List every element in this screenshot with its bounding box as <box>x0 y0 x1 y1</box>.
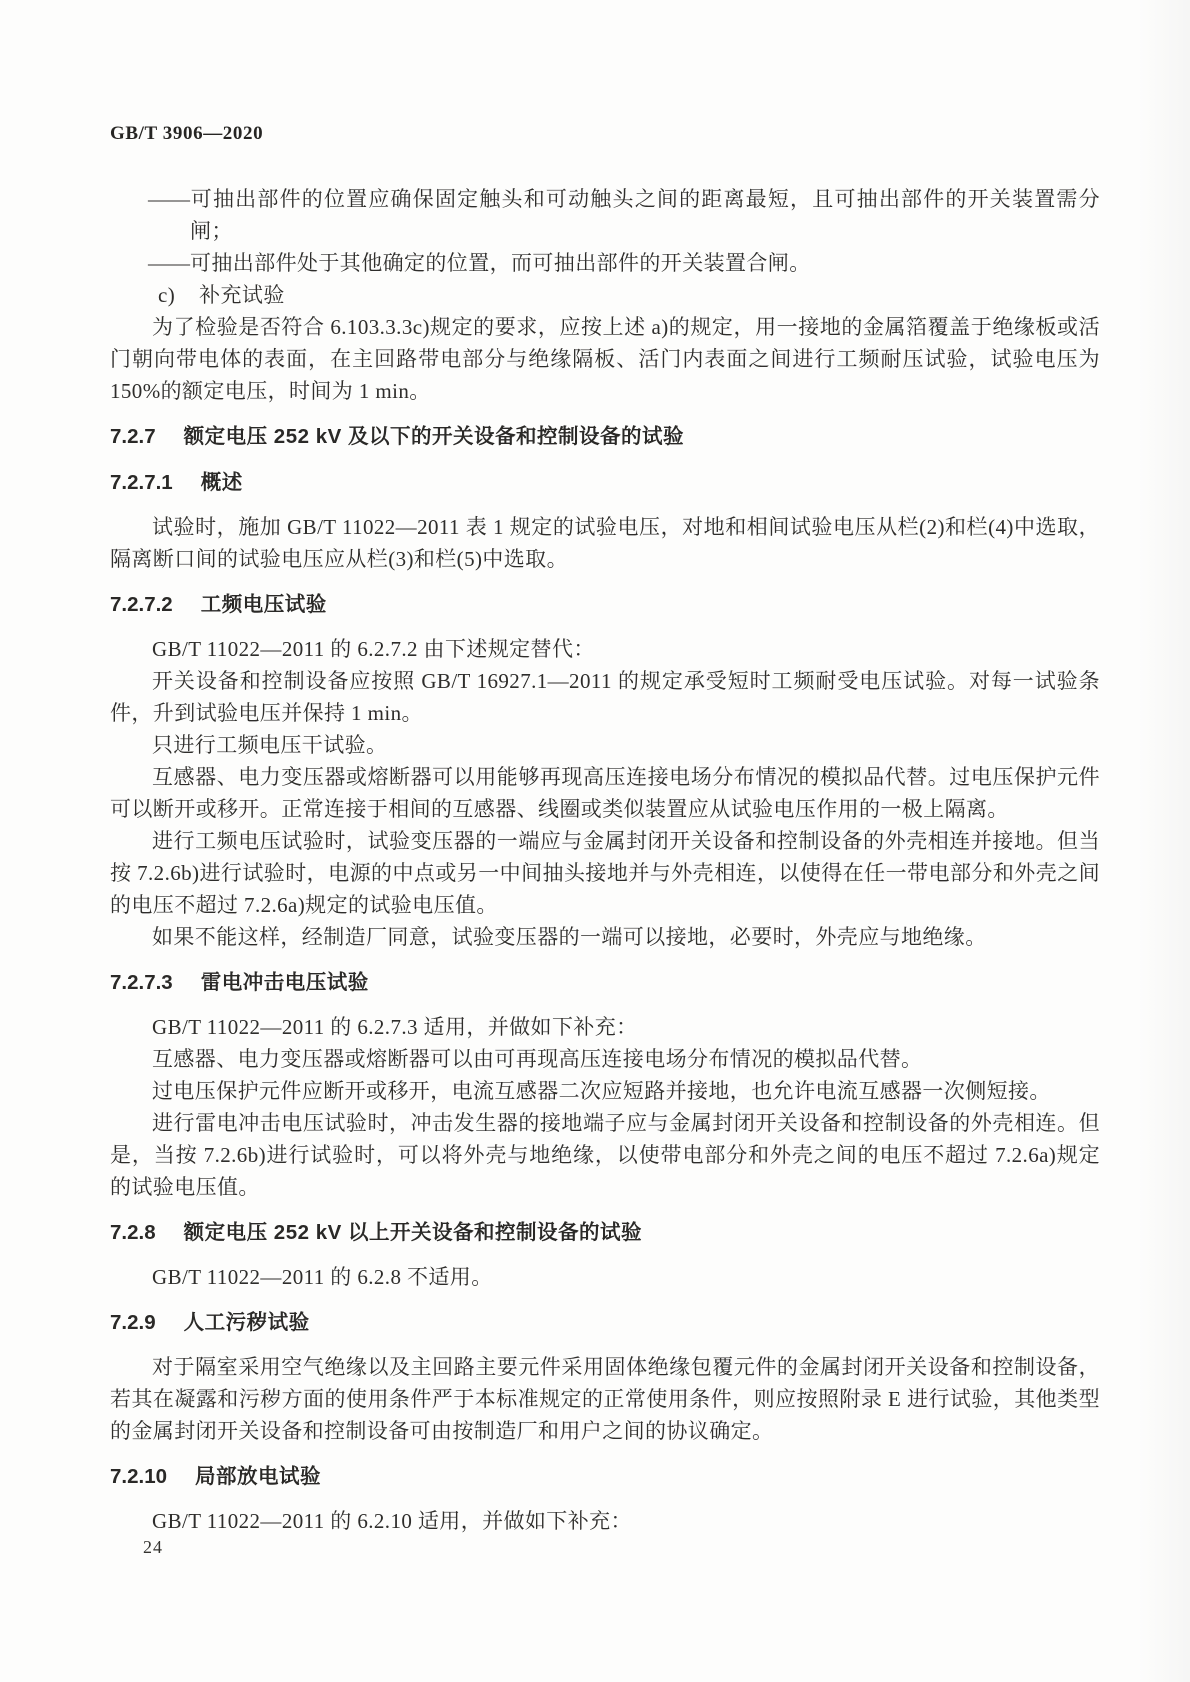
section-title: 局部放电试验 <box>195 1465 321 1488</box>
document-page: GB/T 3906—2020 ——可抽出部件的位置应确保固定触头和可动触头之间的… <box>0 0 1190 1682</box>
paragraph: 试验时，施加 GB/T 11022—2011 表 1 规定的试验电压，对地和相间… <box>110 511 1100 575</box>
paragraph: 互感器、电力变压器或熔断器可以用能够再现高压连接电场分布情况的模拟品代替。过电压… <box>110 761 1100 825</box>
paragraph: 如果不能这样，经制造厂同意，试验变压器的一端可以接地，必要时，外壳应与地绝缘。 <box>110 921 1100 953</box>
section-heading-7-2-8: 7.2.8额定电压 252 kV 以上开关设备和控制设备的试验 <box>110 1217 1100 1249</box>
letter-item-text: 补充试验 <box>199 283 285 307</box>
section-title: 雷电冲击电压试验 <box>201 971 369 994</box>
page-content: GB/T 3906—2020 ——可抽出部件的位置应确保固定触头和可动触头之间的… <box>110 118 1100 1537</box>
section-number: 7.2.8 <box>110 1221 156 1244</box>
paragraph: GB/T 11022—2011 的 6.2.7.3 适用，并做如下补充： <box>110 1011 1100 1043</box>
intro-block: ——可抽出部件的位置应确保固定触头和可动触头之间的距离最短，且可抽出部件的开关装… <box>110 183 1100 407</box>
dash-marker: —— <box>148 251 190 275</box>
section-heading-7-2-9: 7.2.9人工污秽试验 <box>110 1307 1100 1339</box>
dash-item-text: 可抽出部件的位置应确保固定触头和可动触头之间的距离最短，且可抽出部件的开关装置需… <box>190 187 1100 243</box>
letter-list-item: c)补充试验 <box>158 279 1100 311</box>
section-heading-7-2-7: 7.2.7额定电压 252 kV 及以下的开关设备和控制设备的试验 <box>110 421 1100 453</box>
dash-list-item: ——可抽出部件处于其他确定的位置，而可抽出部件的开关装置合闸。 <box>110 247 1100 279</box>
section-title: 工频电压试验 <box>201 593 327 616</box>
section-number: 7.2.7 <box>110 425 156 448</box>
section-number: 7.2.7.1 <box>110 471 173 494</box>
section-number: 7.2.10 <box>110 1465 167 1488</box>
section-title: 额定电压 252 kV 以上开关设备和控制设备的试验 <box>184 1221 642 1244</box>
section-heading-7-2-7-1: 7.2.7.1概述 <box>110 467 1100 499</box>
paragraph: 进行工频电压试验时，试验变压器的一端应与金属封闭开关设备和控制设备的外壳相连并接… <box>110 825 1100 921</box>
paragraph: 过电压保护元件应断开或移开，电流互感器二次应短路并接地，也允许电流互感器一次侧短… <box>110 1075 1100 1107</box>
paragraph: 互感器、电力变压器或熔断器可以由可再现高压连接电场分布情况的模拟品代替。 <box>110 1043 1100 1075</box>
section-number: 7.2.7.2 <box>110 593 173 616</box>
letter-item-label: c) <box>158 279 175 311</box>
section-heading-7-2-7-3: 7.2.7.3雷电冲击电压试验 <box>110 967 1100 999</box>
paragraph: 进行雷电冲击电压试验时，冲击发生器的接地端子应与金属封闭开关设备和控制设备的外壳… <box>110 1107 1100 1203</box>
page-number: 24 <box>143 1537 163 1558</box>
paragraph: 为了检验是否符合 6.103.3.3c)规定的要求，应按上述 a)的规定，用一接… <box>110 311 1100 407</box>
section-title: 人工污秽试验 <box>184 1311 310 1334</box>
section-title: 概述 <box>201 471 243 494</box>
dash-item-text: 可抽出部件处于其他确定的位置，而可抽出部件的开关装置合闸。 <box>190 251 811 275</box>
section-number: 7.2.9 <box>110 1311 156 1334</box>
paragraph: 只进行工频电压干试验。 <box>110 729 1100 761</box>
section-heading-7-2-7-2: 7.2.7.2工频电压试验 <box>110 589 1100 621</box>
paragraph: 开关设备和控制设备应按照 GB/T 16927.1—2011 的规定承受短时工频… <box>110 665 1100 729</box>
standard-number-header: GB/T 3906—2020 <box>110 118 1100 150</box>
section-number: 7.2.7.3 <box>110 971 173 994</box>
paragraph: GB/T 11022—2011 的 6.2.8 不适用。 <box>110 1261 1100 1293</box>
paragraph: 对于隔室采用空气绝缘以及主回路主要元件采用固体绝缘包覆元件的金属封闭开关设备和控… <box>110 1351 1100 1447</box>
dash-marker: —— <box>148 187 190 211</box>
dash-list-item: ——可抽出部件的位置应确保固定触头和可动触头之间的距离最短，且可抽出部件的开关装… <box>110 183 1100 247</box>
paragraph: GB/T 11022—2011 的 6.2.10 适用，并做如下补充： <box>110 1505 1100 1537</box>
paragraph: GB/T 11022—2011 的 6.2.7.2 由下述规定替代： <box>110 633 1100 665</box>
section-title: 额定电压 252 kV 及以下的开关设备和控制设备的试验 <box>184 425 684 448</box>
section-heading-7-2-10: 7.2.10局部放电试验 <box>110 1461 1100 1493</box>
